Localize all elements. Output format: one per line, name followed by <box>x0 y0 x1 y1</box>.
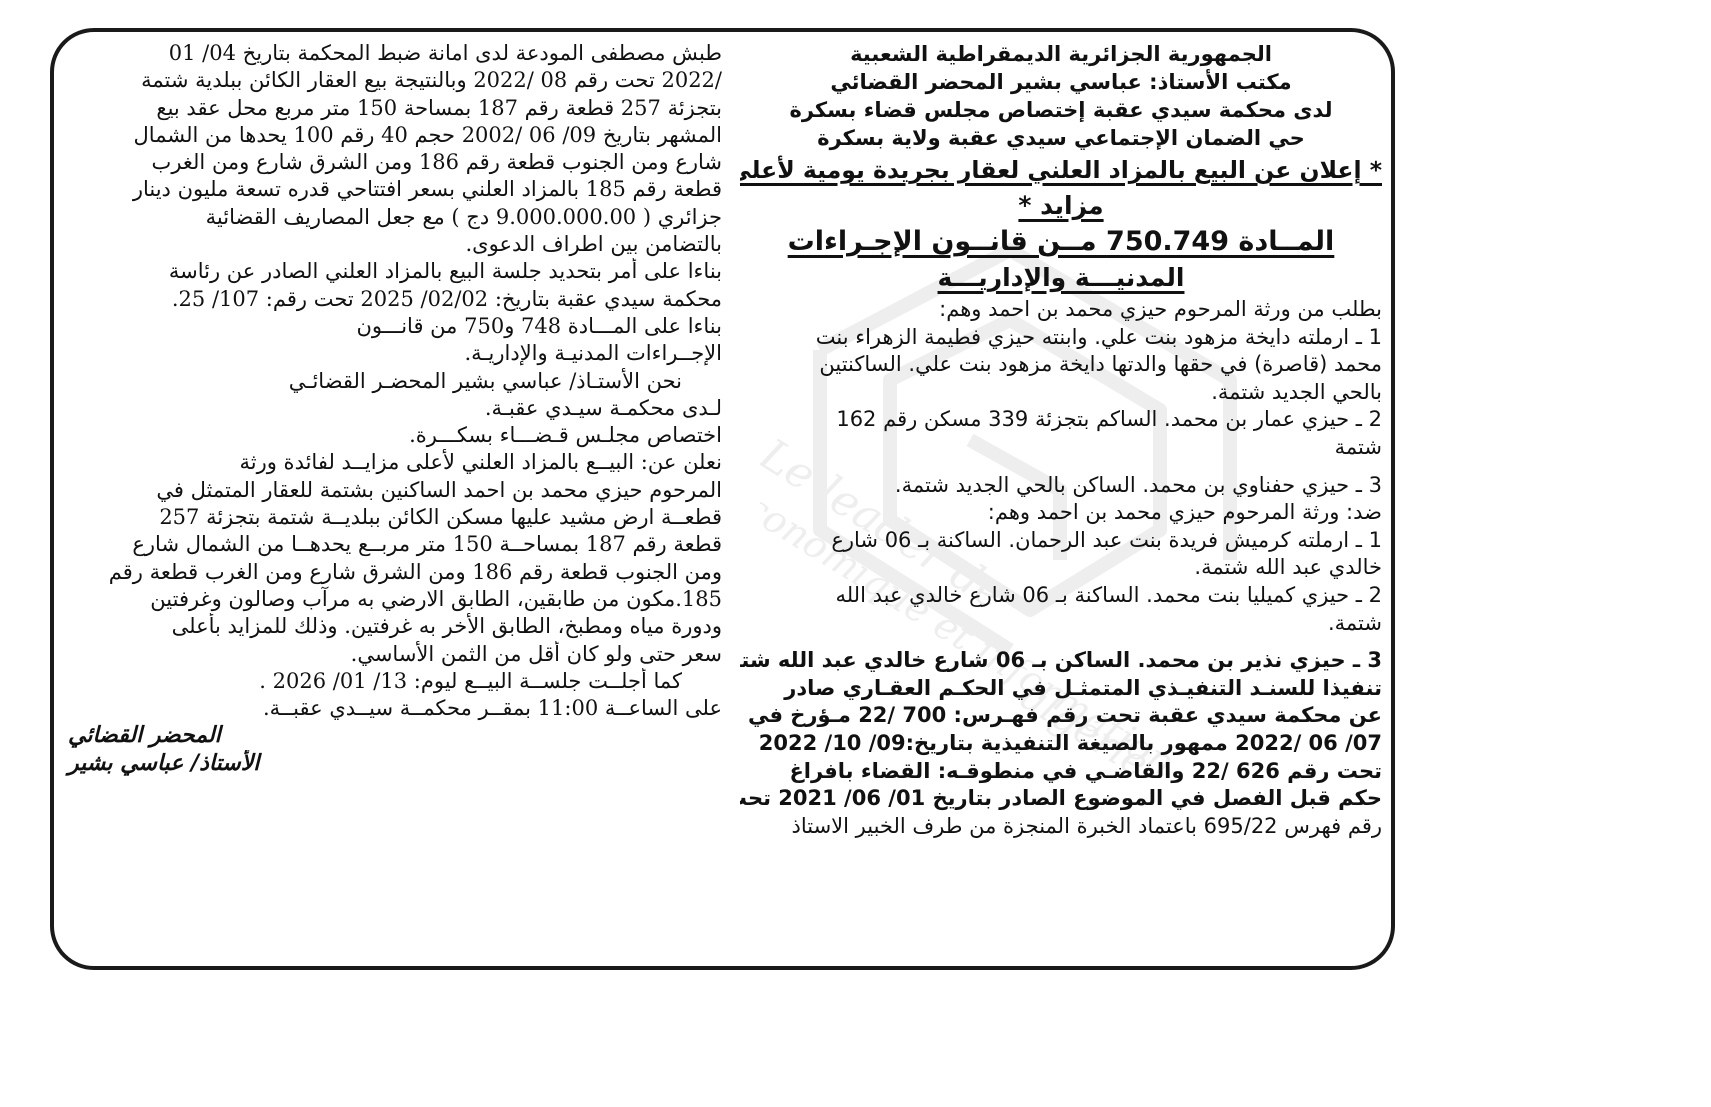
defendants-intro: ضد: ورثة المرحوم حيزي محمد بن احمد وهم: <box>740 499 1382 527</box>
article-ref-line-2: الإجــراءات المدنيـة والإداريـة. <box>62 340 722 367</box>
bailiff-line-1: نحن الأستـاذ/ عباسي بشير المحضـر القضائـ… <box>62 368 722 395</box>
announcement-line-7: ودورة مياه ومطبخ، الطابق الأخر به غرفتين… <box>62 613 722 640</box>
requester-1-line-3: بالحي الجديد شتمة. <box>740 379 1382 407</box>
execution-line-5: حكم قبل الفصل في الموضوع الصادر بتاريخ 0… <box>740 785 1382 813</box>
announcement-line-1: نعلن عن: البيــع بالمزاد العلني لأعلى مز… <box>62 449 722 476</box>
signature-name: الأستاذ/ عباسي بشير <box>62 750 722 777</box>
right-column: الجمهورية الجزائرية الديمقراطية الشعبية … <box>740 40 1382 840</box>
requester-3: 3 ـ حيزي حفناوي بن محمد. الساكن بالحي ال… <box>740 472 1382 500</box>
notice-title-law: المدنيـــة والإداريـــة <box>740 260 1382 296</box>
bailiff-line-3: اختصاص مجلـس قـضـــاء بسكـــرة. <box>62 422 722 449</box>
defendant-2-line-2: شتمة. <box>740 610 1382 638</box>
continuation-line-1: طبش مصطفى المودعة لدى امانة ضبط المحكمة … <box>62 40 722 67</box>
continuation-line-8: بالتضامن بين اطراف الدعوى. <box>62 231 722 258</box>
opening-price-line: جزائري ( 9.000.000.00 دج ) مع جعل المصار… <box>62 204 722 231</box>
defendant-1-line-1: 1 ـ ارملته كرميش فريدة بنت عبد الرحمان. … <box>740 527 1382 555</box>
signature-title: المحضر القضائي <box>62 722 722 749</box>
session-time-line: على الساعــة 11:00 بمقــر محكمــة سيــدي… <box>62 695 722 722</box>
continuation-line-5: شارع ومن الجنوب قطعة رقم 186 ومن الشرق ش… <box>62 149 722 176</box>
execution-line-6: رقم فهرس 695/22 باعتماد الخبرة المنجزة م… <box>740 813 1382 841</box>
requester-1-line-2: محمد (قاصرة) في حقها والدتها دايخة مزهود… <box>740 351 1382 379</box>
announcement-line-3: قطعــة ارض مشيد عليها مسكن الكائن ببلديـ… <box>62 504 722 531</box>
article-ref-line-1: بناءا على المـــادة 748 و750 من قانـــون <box>62 313 722 340</box>
session-date-line: كما أجلــت جلســة البيــع ليوم: 13/ 01/ … <box>62 668 722 695</box>
notice-title-line-1: * إعلان عن البيع بالمزاد العلني لعقار بج… <box>740 152 1382 188</box>
notice-title-line-2: مزايد * <box>740 188 1382 224</box>
defendant-2-line-1: 2 ـ حيزي كميليا بنت محمد. الساكنة بـ 06 … <box>740 582 1382 610</box>
announcement-line-8: سعر حتى ولو كان أقل من الثمن الأساسي. <box>62 641 722 668</box>
requester-2-line-2: شتمة <box>740 434 1382 462</box>
header-line-republic: الجمهورية الجزائرية الديمقراطية الشعبية <box>740 40 1382 68</box>
bailiff-line-2: لـدى محكمـة سيـدي عقبـة. <box>62 395 722 422</box>
announcement-line-6: 185.مكون من طابقين، الطابق الارضي به مرآ… <box>62 586 722 613</box>
header-line-address: حي الضمان الإجتماعي سيدي عقبة ولاية بسكر… <box>740 124 1382 152</box>
requester-2-line-1: 2 ـ حيزي عمار بن محمد. الساكم بتجزئة 339… <box>740 406 1382 434</box>
announcement-line-5: ومن الجنوب قطعة رقم 186 ومن الشرق شارع و… <box>62 559 722 586</box>
announcement-line-2: المرحوم حيزي محمد بن احمد الساكنين بشتمة… <box>62 477 722 504</box>
continuation-line-6: قطعة رقم 185 بالمزاد العلني بسعر افتتاحي… <box>62 176 722 203</box>
execution-line-1: تنفيذا للسنـد التنفيـذي المتمثـل في الحك… <box>740 675 1382 703</box>
execution-line-4: تحت رقم 626 /22 والقاضـي في منطوقـه: الق… <box>740 758 1382 786</box>
execution-line-2: عن محكمة سيدي عقبة تحت رقم فهـرس: 700 /2… <box>740 702 1382 730</box>
requester-1-line-1: 1 ـ ارملته دايخة مزهود بنت علي. وابنته ح… <box>740 324 1382 352</box>
continuation-line-4: المشهر بتاريخ 09/ 06 /2002 حجم 40 رقم 10… <box>62 122 722 149</box>
order-line-1: بناءا على أمر بتحديد جلسة البيع بالمزاد … <box>62 258 722 285</box>
requester-intro: بطلب من ورثة المرحوم حيزي محمد بن احمد و… <box>740 296 1382 324</box>
execution-line-3: 07/ 06 /2022 ممهور بالصيغة التنفيذية بتا… <box>740 730 1382 758</box>
continuation-line-2: /2022 تحت رقم 08 /2022 وبالنتيجة بيع الع… <box>62 67 722 94</box>
header-line-court: لدى محكمة سيدي عقبة إختصاص مجلس قضاء بسك… <box>740 96 1382 124</box>
defendant-3: 3 ـ حيزي نذير بن محمد. الساكن بـ 06 شارع… <box>740 647 1382 675</box>
announcement-line-4: قطعة رقم 187 بمساحــة 150 متر مربــع يحد… <box>62 531 722 558</box>
order-line-2: محكمة سيدي عقبة بتاريخ: 02/02/ 2025 تحت … <box>62 286 722 313</box>
notice-title-article: المــادة 750.749 مــن قانــون الإجـراءات <box>740 224 1382 260</box>
header-line-office: مكتب الأستاذ: عباسي بشير المحضر القضائي <box>740 68 1382 96</box>
left-column: طبش مصطفى المودعة لدى امانة ضبط المحكمة … <box>62 40 722 777</box>
defendant-1-line-2: خالدي عبد الله شتمة. <box>740 554 1382 582</box>
continuation-line-3: بتجزئة 257 قطعة رقم 187 بمساحة 150 متر م… <box>62 95 722 122</box>
